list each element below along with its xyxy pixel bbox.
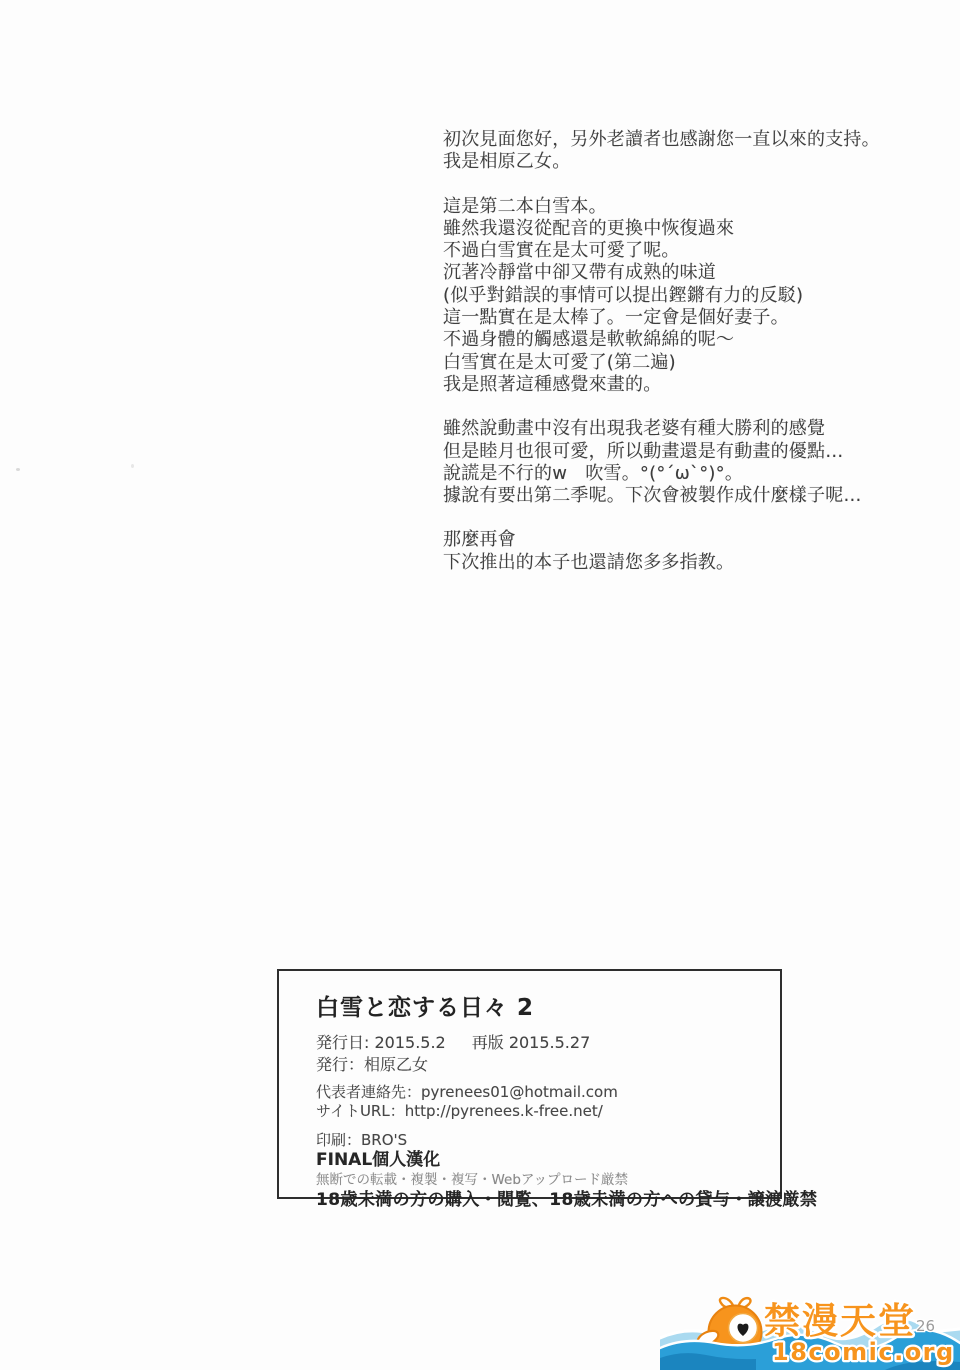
- afterword-line: 雖然我還沒從配音的更換中恢復過來: [443, 218, 913, 240]
- afterword-line: 那麼再會: [443, 529, 913, 551]
- translation-group: FINAL個人漢化: [316, 1150, 780, 1171]
- afterword-line: 我是照著這種感覺來畫的。: [443, 374, 913, 396]
- afterword-line: 沉著冷靜當中卻又帶有成熟的味道: [443, 262, 913, 284]
- afterword-line: 這一點實在是太棒了。一定會是個好妻子。: [443, 307, 913, 329]
- afterword-paragraph-shirayuki: 這是第二本白雪本。 雖然我還沒從配音的更換中恢復過來 不過白雪實在是太可愛了呢。…: [443, 196, 913, 397]
- afterword-paragraph-anime: 雖然說動畫中沒有出現我老婆有種大勝利的感覺 但是睦月也很可愛，所以動畫還是有動畫…: [443, 418, 913, 507]
- colophon-box: 白雪と恋する日々 2 発行日: 2015.5.2再版 2015.5.27 発行：…: [277, 969, 782, 1199]
- publish-date: 発行日: 2015.5.2: [316, 1033, 446, 1052]
- doujin-title: 白雪と恋する日々 2: [316, 989, 780, 1022]
- afterword-line: 說謊是不行的w 吹雪。°(°´ω`°)°。: [443, 463, 913, 485]
- reprint-date: 再版 2015.5.27: [472, 1033, 591, 1052]
- reproduction-notice: 無断での転載・複製・複写・Webアップロード厳禁: [316, 1171, 780, 1189]
- afterword-line: 下次推出的本子也還請您多多指教。: [443, 552, 913, 574]
- watermark-site-domain: 18comic.org: [772, 1338, 955, 1366]
- afterword-line: 這是第二本白雪本。: [443, 196, 913, 218]
- afterword-line: 不過身體的觸感還是軟軟綿綿的呢～: [443, 329, 913, 351]
- printer: 印刷：BRO'S: [316, 1130, 780, 1150]
- afterword-line: (似乎對錯誤的事情可以提出鏗鏘有力的反駁): [443, 285, 913, 307]
- publisher: 発行：相原乙女: [316, 1054, 780, 1076]
- afterword-paragraph-greeting: 初次見面您好，另外老讀者也感謝您一直以來的支持。 我是相原乙女。: [443, 129, 913, 174]
- afterword-line: 據說有要出第二季呢。下次會被製作成什麼樣子呢…: [443, 485, 913, 507]
- afterword-line: 雖然說動畫中沒有出現我老婆有種大勝利的感覺: [443, 418, 913, 440]
- contact-email: 代表者連絡先：pyrenees01@hotmail.com: [316, 1083, 780, 1102]
- scan-speck: [16, 468, 20, 471]
- afterword-text: 初次見面您好，另外老讀者也感謝您一直以來的支持。 我是相原乙女。 這是第二本白雪…: [443, 129, 913, 596]
- watermark-site-name: 禁漫天堂: [764, 1301, 916, 1342]
- site-watermark: 禁漫天堂 26 18comic.org: [660, 1280, 960, 1370]
- publish-date-row: 発行日: 2015.5.2再版 2015.5.27: [316, 1032, 780, 1054]
- afterword-line: 我是相原乙女。: [443, 151, 913, 173]
- age-restriction-notice: 18歳未満の方の購入・閲覧、18歳未満の方への貸与・譲渡厳禁: [316, 1189, 780, 1212]
- watermark-page-number: 26: [916, 1317, 935, 1335]
- afterword-line: 白雪實在是太可愛了(第二遍): [443, 352, 913, 374]
- afterword-line: 但是睦月也很可愛，所以動畫還是有動畫的優點…: [443, 441, 913, 463]
- scanned-doujin-page: 初次見面您好，另外老讀者也感謝您一直以來的支持。 我是相原乙女。 這是第二本白雪…: [0, 0, 960, 1370]
- afterword-line: 不過白雪實在是太可愛了呢。: [443, 240, 913, 262]
- afterword-line: 初次見面您好，另外老讀者也感謝您一直以來的支持。: [443, 129, 913, 151]
- scan-speck: [131, 464, 134, 468]
- afterword-paragraph-farewell: 那麼再會 下次推出的本子也還請您多多指教。: [443, 529, 913, 574]
- site-url: サイトURL：http://pyrenees.k-free.net/: [316, 1102, 780, 1121]
